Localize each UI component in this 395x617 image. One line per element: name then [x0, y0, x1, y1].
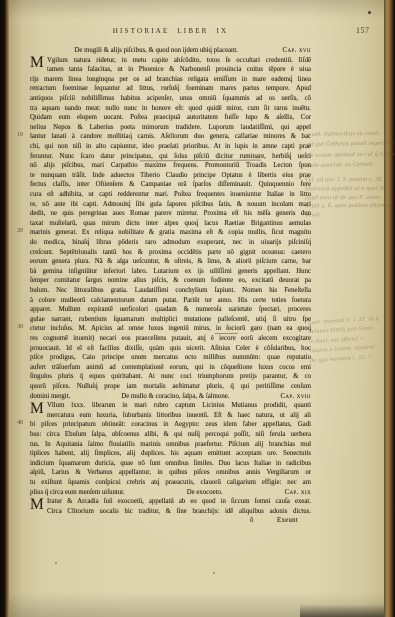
marginal-note: Vid. ad uoc. l. 3. passim c. 36.Mutianus… [305, 177, 391, 222]
text-line: quorū piſces. Nulluſq́ prope iam mortali… [30, 382, 311, 392]
text-line: te nunquam trāſit. Inde aduectos Tiberio… [30, 171, 311, 181]
text-line: bi piſces principatum obtineāt: coracinu… [30, 420, 311, 430]
chapter-heading-line: domini mergit.De mullo & coracino, ſalpa… [30, 392, 311, 402]
text-line: fectus claſſis, inter Oſtienſem & Campan… [30, 180, 311, 190]
paper-fleck [55, 562, 57, 564]
text-line: Vgilum natura ridetur, in metu capite ab… [30, 56, 311, 66]
chapter-number: Cap. xvii [283, 46, 311, 56]
marginal-note-line: — — — — [314, 382, 347, 392]
text-line: cura eſt adhibita, ut capti redderentur … [30, 190, 311, 200]
catchword-line: ōExeunt [30, 516, 311, 526]
ink-speck [368, 11, 371, 14]
text-line: lantur lanati à candore mollitiaq́ carni… [30, 132, 311, 142]
chapter-title: De mullo & coracino, ſalpa, & ſalmone. [121, 392, 229, 402]
text-line: mercatura eum luxuria, ſuburbanis littor… [30, 411, 311, 421]
signature-mark: ō [250, 516, 253, 526]
page-number: 157 [356, 26, 370, 35]
text-line: ctetur incluſus. M. Apicius ad omne luxu… [30, 324, 311, 334]
text-line: gulae narrant, rubentium ſquamarum multi… [30, 315, 311, 325]
text-line: à colore mulleorū calciamentorum datum p… [30, 296, 311, 306]
text-line: chi, qui non niſi in alto capiuntur, ide… [30, 142, 311, 152]
chapter-title: De mugili & alijs piſcibus, & quod non i… [75, 46, 238, 56]
text-line: apparet. Mullum expirantē uerſicolori qu… [30, 305, 311, 315]
marginal-note-line: uale assiciat: su Cathed. [307, 161, 395, 173]
text-line: nō alijs piſcibus, mari Carpathio maxime… [30, 161, 311, 171]
hand-underline [215, 332, 238, 334]
marginal-note-line: uexat. [305, 212, 391, 222]
text-line: piſce prodigus, Caio principe unum merca… [30, 353, 311, 363]
marginal-note: a uid: Salmacibus su cauit.qd gst Cathes… [307, 130, 395, 173]
text-line: indicium ſquamarum duricia, quae nō ſunt… [30, 459, 311, 469]
text-line: bus: circa Ebuſum ſalpa, obſcoenus alibi… [30, 430, 311, 440]
paper-fleck [213, 572, 215, 574]
text-line: bulum. Nec littoralibus gratia. Laudatiſ… [30, 286, 311, 296]
text-line: retractum foeminae ſequantur ad littus, … [30, 84, 311, 94]
running-head: HISTORIAE LIBER IX [30, 27, 311, 35]
text-line: dedit, ne quis peregrinas aues Romae par… [30, 209, 311, 219]
text-line: ſingulos pluris q̄ equos quiritabant. At… [30, 372, 311, 382]
text-line: nelius Nepos & Laberius poeta mimorum tr… [30, 123, 311, 133]
text-line: creſcunt. Septētrionalis tantū hos & pro… [30, 248, 311, 258]
text-line: Vllum lxxx. librarum in mari rubro captu… [30, 401, 311, 411]
text-line: Circa Clitorium uocalis hic traditur, & … [30, 507, 311, 517]
text-line: marinis generat. Ex reliqua nobilitate &… [30, 228, 311, 238]
chapter-heading-line: De mugili & alijs piſcibus, & quod non i… [30, 46, 311, 56]
text-line: aufert trāſuerſum animū ad contemplation… [30, 363, 311, 373]
chapter-number: Cap. xix [285, 488, 311, 498]
text-line: tiplices habent, alij ſimplices, alij du… [30, 449, 311, 459]
chapter-heading-line: plius q̄ circa eum menſem uiſuntur.De ex… [30, 488, 311, 498]
book-page-photo: HISTORIAE LIBER IX 157 De mugili & alijs… [0, 0, 395, 617]
text-line: tra aquam nando meat: nullo nunc in hono… [30, 104, 311, 114]
catchword: Exeunt [277, 516, 298, 526]
text-line: prouocauit. Id eī eſt facilius dixiſſe, … [30, 344, 311, 354]
text-line: re, nō ante ibi capti. Admouitq́ ſibi gu… [30, 200, 311, 210]
text-line: tamen tanta falacitas, ut in Phoenice & … [30, 65, 311, 75]
text-line: taxat muſtelarū, quas mirum dictu inter … [30, 219, 311, 229]
bottom-corner-shadow [300, 604, 384, 617]
chapter-title: De exocoeto. [187, 488, 223, 498]
text-line: rijs marem linea longinqua per os ad bra… [30, 75, 311, 85]
margin-line-number: 40 [8, 420, 23, 426]
chapter-number: Cap. xviii [280, 392, 311, 402]
margin-line-number: 20 [8, 228, 23, 234]
text-line: bà gemina inſigniūtur inferiori labro. L… [30, 267, 311, 277]
margin-line-number: 10 [8, 132, 23, 138]
text-block: De mugili & alijs piſcibus, & quod non i… [30, 46, 311, 526]
text-line: Iratur & Arcadia ſuū exocoetū, appellatū… [30, 497, 311, 507]
page-fore-edge [384, 0, 395, 617]
text-line: antiquos piſciū nobiliſſimus habitus aci… [30, 94, 311, 104]
marginal-note: Suet. meminit C. l. 33. ut q̄delapso Vit… [308, 316, 382, 367]
book-spine-edge [0, 0, 9, 617]
text-line: alpiū, Larius & Verbanus appellantur, in… [30, 468, 311, 478]
text-line: tu exiſtunt ſquamis conſpicui crebris at… [30, 478, 311, 488]
text-line: res cognomē inuenit) necari eos praecell… [30, 334, 311, 344]
margin-line-number: 30 [8, 324, 23, 330]
text-line: ſemper comitatur ſargus nomine alius piſ… [30, 276, 311, 286]
text-line: tus. In Aquitania ſalmo fluuiatilis mari… [30, 440, 311, 450]
text-line: eorum genera plura. Nā & alga ueſcuntur,… [30, 257, 311, 267]
text-line: Quidam eum elopem uocant. Poſtea praecip… [30, 113, 311, 123]
text-line: do modica, binaſq́ libras pōderis raro a… [30, 238, 311, 248]
marginal-note: — — — — —— — — — [314, 373, 347, 392]
